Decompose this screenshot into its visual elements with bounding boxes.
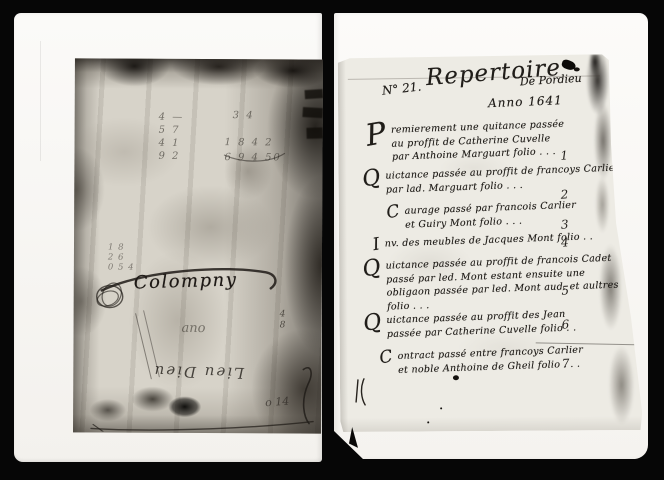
- header-number: N° 21.: [381, 79, 422, 97]
- ink-blot: [427, 421, 429, 423]
- index-entry-5: Q uictance passée au proffit de francois…: [362, 252, 619, 315]
- folio-number-6: 6: [561, 317, 569, 331]
- right-manuscript-page: N° 21. Repertoire De Pordieu Anno 1641 P…: [338, 54, 643, 432]
- entry-initial: C: [385, 204, 400, 221]
- entry-text: ontract passé entre francoys Carlier et …: [397, 344, 583, 377]
- entry-initial: C: [378, 349, 393, 366]
- entry-initial: P: [364, 123, 388, 148]
- backing-crease: [40, 41, 41, 161]
- ink-blot: [440, 407, 442, 409]
- margin-pen-mark: [354, 378, 368, 408]
- header-subtitle: De Pordieu: [520, 72, 582, 89]
- folio-number-2: 2: [560, 187, 568, 201]
- folio-number-5: 5: [561, 283, 569, 297]
- folio-number-7: 7: [561, 356, 569, 370]
- folio-number-4: 4: [561, 235, 569, 249]
- entry-text: uictance passée au proffit des Jean pass…: [386, 307, 576, 341]
- folio-number-1: 1: [560, 148, 568, 162]
- ink-blot: [453, 375, 459, 380]
- manuscript-scan: 4 — 5 7 4 1 9 2 3 4 1 8 4 2 6 9 4 50 1 8…: [0, 0, 664, 480]
- entry-text: uictance passée au proffit de francois C…: [385, 252, 619, 314]
- entry-initial: Q: [362, 313, 383, 334]
- index-entry-7: C ontract passé entre francoys Carlier e…: [379, 344, 583, 378]
- left-manuscript-page: 4 — 5 7 4 1 9 2 3 4 1 8 4 2 6 9 4 50 1 8…: [73, 58, 323, 433]
- header-year: Anno 1641: [488, 93, 563, 110]
- entry-text: remierement une quitance passée au proff…: [391, 118, 566, 165]
- ink-splotch: [574, 67, 580, 71]
- index-entry-3: C aurage passé par francois Carlier et G…: [386, 199, 576, 233]
- pen-flourishes-graphic: [73, 58, 323, 432]
- entry-initial: Q: [361, 259, 382, 280]
- entry-initial: I: [372, 237, 381, 253]
- index-entry-1: P remierement une quitance passée au pro…: [366, 118, 566, 165]
- folio-number-3: 3: [560, 217, 568, 231]
- entry-text: aurage passé par francois Carlier et Gui…: [404, 199, 576, 232]
- entry-initial: Q: [361, 169, 382, 190]
